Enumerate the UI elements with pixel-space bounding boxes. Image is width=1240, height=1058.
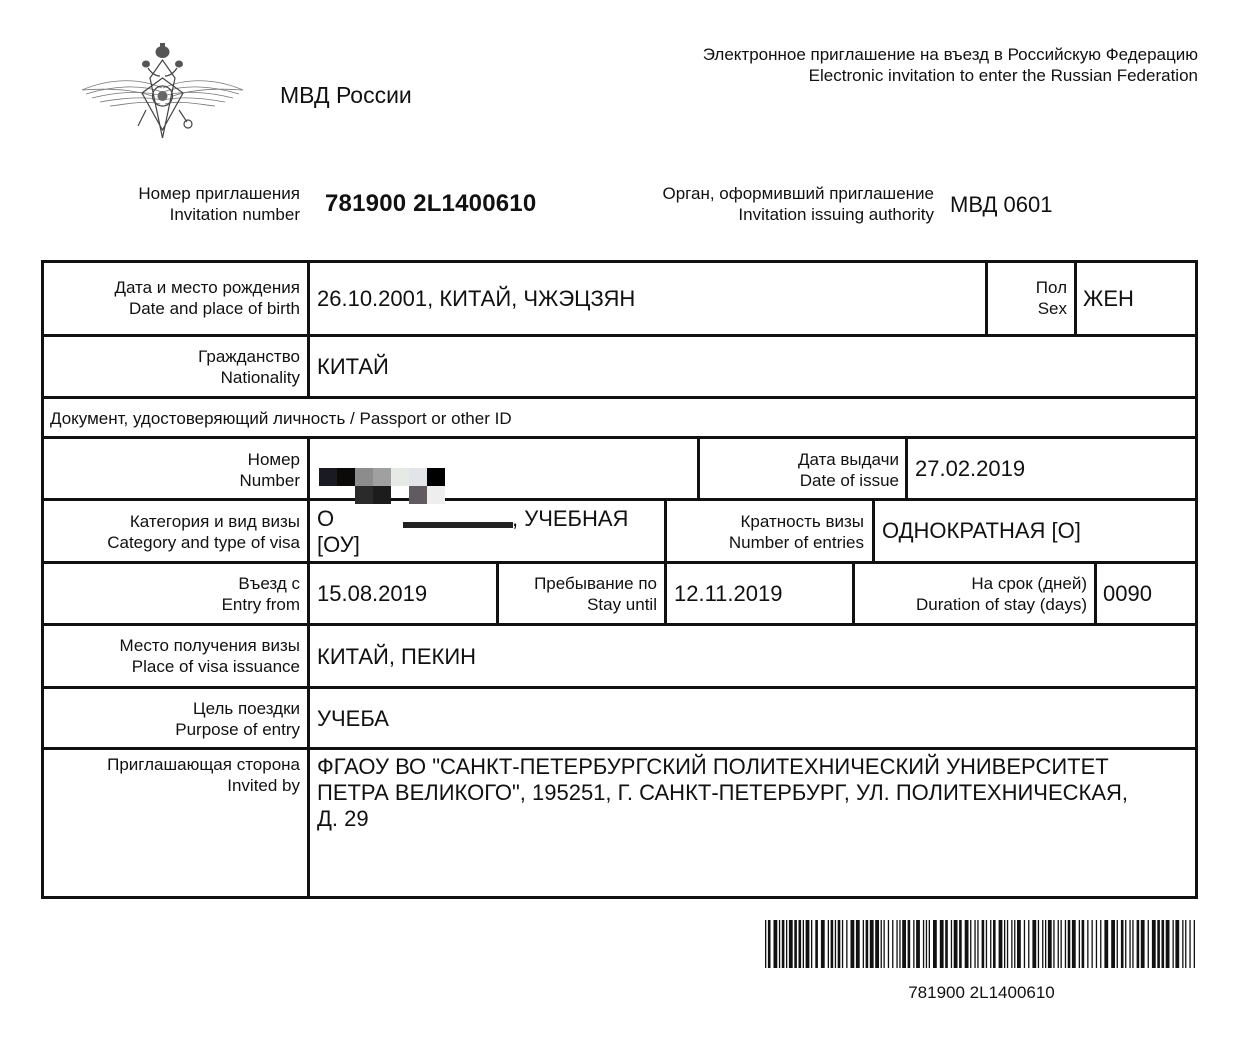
label-en: Category and type of visa: [51, 532, 300, 553]
column-divider: [1074, 260, 1077, 336]
invitation-number: 781900 2L1400610: [325, 190, 536, 218]
purpose-label: Цель поездки Purpose of entry: [51, 698, 300, 740]
organization-name: МВД России: [280, 82, 412, 109]
label-en: Purpose of entry: [51, 719, 300, 740]
barcode-icon: [765, 920, 1198, 968]
column-divider: [307, 260, 310, 396]
document-title-en: Electronic invitation to enter the Russi…: [703, 65, 1198, 86]
label-ru: Приглашающая сторона: [51, 754, 300, 775]
row-divider: [41, 498, 1198, 501]
label-en: Date of issue: [711, 470, 899, 491]
row-divider: [41, 561, 1198, 564]
label-ru: Номер приглашения: [100, 183, 300, 204]
barcode-number: 781900 2L1400610: [765, 983, 1198, 1003]
entries-value: ОДНОКРАТНАЯ [О]: [882, 518, 1081, 544]
label-en: Sex: [991, 298, 1067, 319]
invited-by-label: Приглашающая сторона Invited by: [51, 754, 300, 796]
label-en: Number of entries: [671, 532, 864, 553]
label-en: Place of visa issuance: [51, 656, 300, 677]
row-divider: [41, 623, 1198, 626]
sex-value: ЖЕН: [1083, 286, 1134, 312]
row-divider: [41, 747, 1198, 750]
passport-number-label: Номер Number: [51, 449, 300, 491]
column-divider: [664, 498, 667, 563]
purpose-value: УЧЕБА: [317, 706, 389, 732]
label-en: Duration of stay (days): [859, 594, 1087, 615]
visa-place-label: Место получения визы Place of visa issua…: [51, 635, 300, 677]
label-en: Invitation number: [100, 204, 300, 225]
invited-by-line: ПЕТРА ВЕЛИКОГО", 195251, Г. САНКТ-ПЕТЕРБ…: [317, 780, 1128, 806]
document-title-ru: Электронное приглашение на въезд в Росси…: [703, 44, 1198, 65]
duration-label: На срок (дней) Duration of stay (days): [859, 573, 1087, 615]
visa-category-value-line1-end: , УЧЕБНАЯ: [512, 506, 628, 532]
label-en: Entry from: [51, 594, 300, 615]
stay-until-value: 12.11.2019: [674, 581, 782, 607]
column-divider: [697, 436, 700, 500]
column-divider: [985, 260, 988, 336]
label-ru: Категория и вид визы: [51, 511, 300, 532]
invited-by-line: Д. 29: [317, 806, 1128, 832]
column-divider: [905, 436, 908, 500]
entry-from-label: Въезд с Entry from: [51, 573, 300, 615]
visa-category-value-line2: [ОУ]: [317, 532, 360, 558]
visa-category-redacted: [333, 504, 529, 530]
nationality-label: Гражданство Nationality: [51, 346, 300, 388]
row-divider: [41, 436, 1198, 439]
visa-place-value: КИТАЙ, ПЕКИН: [317, 644, 476, 670]
row-divider: [41, 334, 1198, 337]
label-en: Date and place of birth: [51, 298, 300, 319]
date-of-issue-value: 27.02.2019: [915, 456, 1025, 482]
label-en: Stay until: [501, 594, 657, 615]
stay-until-label: Пребывание по Stay until: [501, 573, 657, 615]
label-ru: Место получения визы: [51, 635, 300, 656]
issuing-authority: МВД 0601: [950, 192, 1052, 218]
row-divider: [41, 686, 1198, 689]
column-divider: [664, 561, 667, 625]
entry-from-value: 15.08.2019: [317, 581, 427, 607]
column-divider: [852, 561, 855, 625]
label-ru: Пребывание по: [501, 573, 657, 594]
entries-label: Кратность визы Number of entries: [671, 511, 864, 553]
label-ru: Номер: [51, 449, 300, 470]
column-divider: [496, 561, 499, 625]
label-ru: Дата выдачи: [711, 449, 899, 470]
invited-by-value: ФГАОУ ВО "САНКТ-ПЕТЕРБУРГСКИЙ ПОЛИТЕХНИЧ…: [317, 754, 1128, 832]
label-ru: Орган, оформивший приглашение: [600, 183, 934, 204]
label-ru: Въезд с: [51, 573, 300, 594]
passport-section-title: Документ, удостоверяющий личность / Pass…: [50, 408, 512, 429]
invitation-number-label: Номер приглашения Invitation number: [100, 183, 300, 225]
date-of-issue-label: Дата выдачи Date of issue: [711, 449, 899, 491]
label-ru: На срок (дней): [859, 573, 1087, 594]
visa-category-label: Категория и вид визы Category and type o…: [51, 511, 300, 553]
label-ru: Цель поездки: [51, 698, 300, 719]
birth-label: Дата и место рождения Date and place of …: [51, 277, 300, 319]
duration-value: 0090: [1103, 581, 1152, 607]
table-border: [41, 896, 1198, 899]
mvd-emblem-icon: [80, 38, 245, 146]
visa-category-value-line1-start: О: [317, 506, 334, 532]
row-divider: [41, 396, 1198, 399]
label-en: Invitation issuing authority: [600, 204, 934, 225]
invitation-details-table: Дата и место рождения Date and place of …: [41, 260, 1198, 899]
label-ru: Кратность визы: [671, 511, 864, 532]
label-en: Number: [51, 470, 300, 491]
nationality-value: КИТАЙ: [317, 354, 389, 380]
label-ru: Дата и место рождения: [51, 277, 300, 298]
table-border: [41, 260, 1198, 263]
invited-by-line: ФГАОУ ВО "САНКТ-ПЕТЕРБУРГСКИЙ ПОЛИТЕХНИЧ…: [317, 754, 1128, 780]
label-ru: Гражданство: [51, 346, 300, 367]
sex-label: Пол Sex: [991, 277, 1067, 319]
column-divider: [1094, 561, 1097, 625]
label-en: Nationality: [51, 367, 300, 388]
issuing-authority-label: Орган, оформивший приглашение Invitation…: [600, 183, 934, 225]
birth-value: 26.10.2001, КИТАЙ, ЧЖЭЦЗЯН: [317, 286, 635, 312]
column-divider: [307, 436, 310, 899]
table-border: [1195, 260, 1198, 899]
column-divider: [872, 498, 875, 563]
document-title: Электронное приглашение на въезд в Росси…: [703, 44, 1198, 86]
label-en: Invited by: [51, 775, 300, 796]
table-border: [41, 260, 44, 899]
label-ru: Пол: [991, 277, 1067, 298]
